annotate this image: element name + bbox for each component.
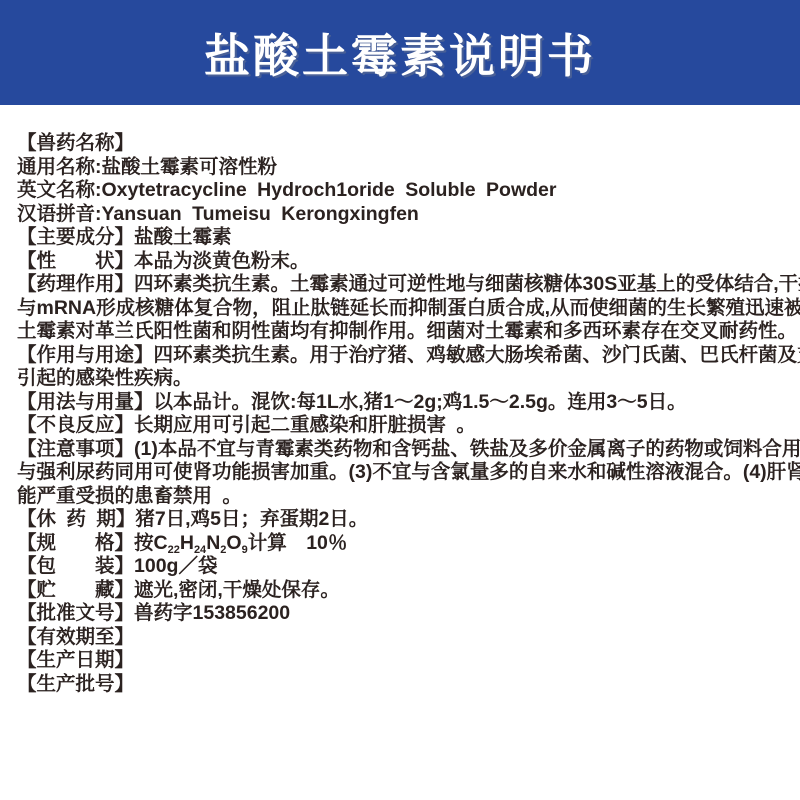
doc-line-segment: 【休 药 期】猪7日,鸡5日；弃蛋期2日。 [17, 508, 368, 530]
doc-line-segment: 【有效期至】 [17, 626, 134, 648]
doc-line-segment: 【生产批号】 [17, 673, 134, 695]
doc-line: 【批准文号】兽药字153856200 [17, 602, 790, 626]
doc-line: 【药理作用】四环素类抗生素。土霉素通过可逆性地与细菌核糖体30S亚基上的受体结合… [17, 273, 790, 297]
doc-line-segment: 【批准文号】兽药字153856200 [17, 602, 290, 624]
doc-line-segment: 【性 状】本品为淡黄色粉末。 [17, 250, 310, 272]
doc-line: 与强利尿药同用可使肾功能损害加重。(3)不宜与含氯量多的自来水和碱性溶液混合。(… [17, 461, 790, 485]
doc-line-segment: 通用名称:盐酸土霉素可溶性粉 [17, 156, 277, 178]
doc-line-segment: 【包 装】100g／袋 [17, 555, 217, 577]
page-title: 盐酸土霉素说明书 [204, 20, 596, 86]
doc-line-segment: N [206, 532, 220, 554]
doc-line: 引起的感染性疾病。 [17, 367, 790, 391]
doc-line-segment: 计算 10％ [248, 532, 348, 554]
doc-line: 通用名称:盐酸土霉素可溶性粉 [17, 156, 790, 180]
formula-subscript: 24 [194, 544, 206, 556]
header-banner: 盐酸土霉素说明书 [0, 0, 800, 105]
doc-line-segment: 土霉素对革兰氏阳性菌和阴性菌均有抑制作用。细菌对土霉素和多西环素存在交叉耐药性。 [17, 320, 797, 342]
doc-line-segment: 汉语拼音:Yansuan Tumeisu Kerongxingfen [17, 203, 419, 225]
doc-line: 【生产批号】 [17, 673, 790, 697]
instruction-sheet: 盐酸土霉素说明书 【兽药名称】通用名称:盐酸土霉素可溶性粉英文名称:Oxytet… [0, 0, 800, 800]
doc-line-segment: 【注意事项】(1)本品不宜与青霉素类药物和含钙盐、铁盐及多价金属离子的药物或饲料… [17, 438, 800, 460]
doc-line: 【用法与用量】以本品计。混饮:每1L水,猪1～2g;鸡1.5～2.5g。连用3～… [17, 391, 790, 415]
doc-line-segment: H [180, 532, 194, 554]
doc-line: 【贮 藏】遮光,密闭,干燥处保存。 [17, 579, 790, 603]
doc-line: 土霉素对革兰氏阳性菌和阴性菌均有抑制作用。细菌对土霉素和多西环素存在交叉耐药性。 [17, 320, 790, 344]
formula-subscript: 22 [168, 544, 180, 556]
doc-line-segment: 【作用与用途】四环素类抗生素。用于治疗猪、鸡敏感大肠埃希菌、沙门氏菌、巴氏杆菌及… [17, 344, 800, 366]
doc-line-segment: 【药理作用】四环素类抗生素。土霉素通过可逆性地与细菌核糖体30S亚基上的受体结合… [17, 273, 800, 295]
doc-line-segment: 【兽药名称】 [17, 132, 134, 154]
doc-line: 【规 格】按C22H24N2O9计算 10％ [17, 532, 790, 556]
doc-line: 汉语拼音:Yansuan Tumeisu Kerongxingfen [17, 203, 790, 227]
doc-line-segment: 【用法与用量】以本品计。混饮:每1L水,猪1～2g;鸡1.5～2.5g。连用3～… [17, 391, 687, 413]
doc-line: 【主要成分】盐酸土霉素 [17, 226, 790, 250]
doc-line: 【注意事项】(1)本品不宜与青霉素类药物和含钙盐、铁盐及多价金属离子的药物或饲料… [17, 438, 790, 462]
doc-line: 能严重受损的患畜禁用 。 [17, 485, 790, 509]
doc-line: 【性 状】本品为淡黄色粉末。 [17, 250, 790, 274]
doc-line-segment: 【不良反应】长期应用可引起二重感染和肝脏损害 。 [17, 414, 476, 436]
doc-line-segment: 【贮 藏】遮光,密闭,干燥处保存。 [17, 579, 340, 601]
document-body: 【兽药名称】通用名称:盐酸土霉素可溶性粉英文名称:Oxytetracycline… [0, 105, 800, 696]
doc-line: 【作用与用途】四环素类抗生素。用于治疗猪、鸡敏感大肠埃希菌、沙门氏菌、巴氏杆菌及… [17, 344, 790, 368]
doc-line: 【兽药名称】 [17, 132, 790, 156]
doc-line-segment: 【主要成分】盐酸土霉素 [17, 226, 232, 248]
doc-line: 【有效期至】 [17, 626, 790, 650]
doc-line-segment: 【规 格】按C [17, 532, 168, 554]
doc-line-segment: O [226, 532, 241, 554]
doc-line: 与mRNA形成核糖体复合物，阻止肽链延长而抑制蛋白质合成,从而使细菌的生长繁殖迅… [17, 297, 790, 321]
doc-line-segment: 能严重受损的患畜禁用 。 [17, 485, 242, 507]
doc-line: 【包 装】100g／袋 [17, 555, 790, 579]
doc-line: 【不良反应】长期应用可引起二重感染和肝脏损害 。 [17, 414, 790, 438]
doc-line-segment: 【生产日期】 [17, 649, 134, 671]
doc-line-segment: 与强利尿药同用可使肾功能损害加重。(3)不宜与含氯量多的自来水和碱性溶液混合。(… [17, 461, 800, 483]
doc-line-segment: 与mRNA形成核糖体复合物，阻止肽链延长而抑制蛋白质合成,从而使细菌的生长繁殖迅… [17, 297, 800, 319]
doc-line: 【生产日期】 [17, 649, 790, 673]
doc-line: 【休 药 期】猪7日,鸡5日；弃蛋期2日。 [17, 508, 790, 532]
doc-line-segment: 英文名称:Oxytetracycline Hydroch1oride Solub… [17, 179, 556, 201]
doc-line: 英文名称:Oxytetracycline Hydroch1oride Solub… [17, 179, 790, 203]
doc-line-segment: 引起的感染性疾病。 [17, 367, 193, 389]
